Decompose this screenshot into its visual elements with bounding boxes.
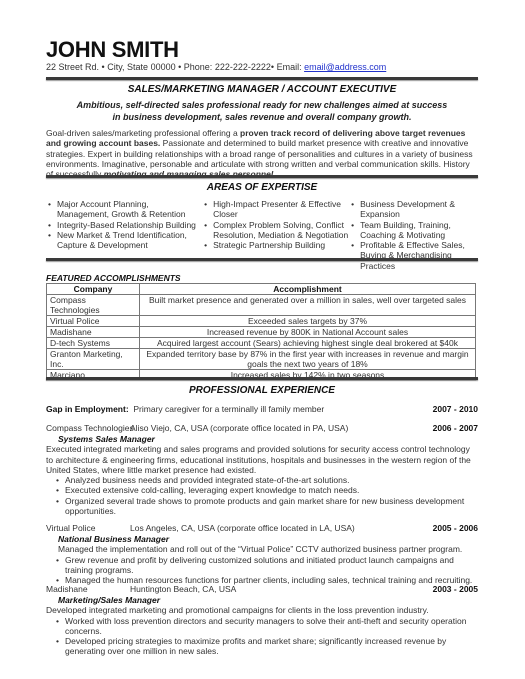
expertise-item: Profitable & Effective Sales, Buying & M…: [360, 240, 478, 271]
separator: •: [178, 62, 181, 72]
job-header: MadishaneHuntington Beach, CA, USA2003 -…: [46, 584, 478, 595]
column-header-company: Company: [47, 284, 140, 295]
separator: •: [271, 62, 274, 72]
job-company: Virtual Police: [46, 523, 95, 533]
job-role: Marketing/Sales Manager: [46, 595, 478, 605]
job-bullet: Analyzed business needs and provided int…: [65, 475, 478, 485]
divider: [46, 377, 478, 380]
city-state: City, State 00000: [107, 62, 175, 72]
job-title: SALES/MARKETING MANAGER / ACCOUNT EXECUT…: [46, 84, 478, 95]
gap-text: Primary caregiver for a terminally ill f…: [133, 404, 324, 414]
email-label: Email:: [277, 62, 302, 72]
job-bullets: Worked with loss prevention directors an…: [46, 616, 478, 657]
job-company: Compass Technologies: [46, 423, 134, 433]
table-row: Virtual PoliceExceeded sales targets by …: [47, 316, 476, 327]
cell-accomplishment: Acquired largest account (Sears) achievi…: [140, 338, 476, 349]
job-role: National Business Manager: [46, 534, 478, 544]
job-location: Aliso Viejo, CA, USA (corporate office l…: [130, 423, 348, 433]
phone-number: 222-222-2222: [215, 62, 271, 72]
gap-label: Gap in Employment:: [46, 404, 129, 414]
divider: [46, 77, 478, 80]
expertise-item: Integrity-Based Relationship Building: [57, 220, 202, 230]
cell-company: Virtual Police: [47, 316, 140, 327]
email-link[interactable]: email@address.com: [304, 62, 386, 72]
cell-accomplishment: Expanded territory base by 87% in the fi…: [140, 349, 476, 370]
job-bullet: Grew revenue and profit by delivering cu…: [65, 555, 478, 576]
cell-company: Granton Marketing, Inc.: [47, 349, 140, 370]
separator: •: [102, 62, 105, 72]
expertise-item: Team Building, Training, Coaching & Moti…: [360, 220, 478, 241]
table-row: Compass TechnologiesBuilt market presenc…: [47, 295, 476, 316]
job-description: Managed the implementation and roll out …: [46, 544, 478, 554]
expertise-item: Strategic Partnership Building: [213, 240, 349, 250]
cell-accomplishment: Built market presence and generated over…: [140, 295, 476, 316]
summary-text: Goal-driven sales/marketing professional…: [46, 128, 240, 138]
job-description: Developed integrated marketing and promo…: [46, 605, 478, 615]
job-header: Virtual PoliceLos Angeles, CA, USA (corp…: [46, 523, 478, 534]
job-header: Compass TechnologiesAliso Viejo, CA, USA…: [46, 423, 478, 434]
section-heading-experience: PROFESSIONAL EXPERIENCE: [46, 385, 478, 396]
table-row: Granton Marketing, Inc.Expanded territor…: [47, 349, 476, 370]
address: 22 Street Rd.: [46, 62, 99, 72]
expertise-item: Complex Problem Solving, Conflict Resolu…: [213, 220, 349, 241]
job-role: Systems Sales Manager: [46, 434, 478, 444]
job-location: Huntington Beach, CA, USA: [130, 584, 236, 594]
phone-label: Phone:: [184, 62, 213, 72]
job-dates: 2003 - 2005: [433, 584, 478, 594]
job-description: Executed integrated marketing and sales …: [46, 444, 478, 475]
column-header-accomplishment: Accomplishment: [140, 284, 476, 295]
accomplishments-table: Company Accomplishment Compass Technolog…: [46, 283, 476, 381]
job-bullet: Executed extensive cold-calling, leverag…: [65, 485, 478, 495]
job-bullets: Grew revenue and profit by delivering cu…: [46, 555, 478, 586]
divider: [46, 258, 478, 261]
table-header-row: Company Accomplishment: [47, 284, 476, 295]
section-heading-accomplishments: FEATURED ACCOMPLISHMENTS: [46, 273, 181, 283]
expertise-item: Business Development & Expansion: [360, 199, 478, 220]
cell-accomplishment: Increased revenue by 800K in National Ac…: [140, 327, 476, 338]
expertise-item: New Market & Trend Identification, Captu…: [57, 230, 202, 251]
job-bullet: Organized several trade shows to promote…: [65, 496, 478, 517]
tagline: Ambitious, self-directed sales professio…: [46, 99, 478, 123]
table-row: D-tech SystemsAcquired largest account (…: [47, 338, 476, 349]
job-bullets: Analyzed business needs and provided int…: [46, 475, 478, 516]
job-bullet: Worked with loss prevention directors an…: [65, 616, 478, 637]
job-dates: 2005 - 2006: [433, 523, 478, 533]
summary-paragraph: Goal-driven sales/marketing professional…: [46, 128, 478, 179]
expertise-item: High-Impact Presenter & Effective Closer: [213, 199, 349, 220]
cell-accomplishment: Exceeded sales targets by 37%: [140, 316, 476, 327]
contact-line: 22 Street Rd. • City, State 00000 • Phon…: [46, 62, 386, 73]
cell-company: Madishane: [47, 327, 140, 338]
gap-dates: 2007 - 2010: [433, 404, 478, 414]
job-bullet: Developed pricing strategies to maximize…: [65, 636, 478, 657]
section-heading-expertise: AREAS OF EXPERTISE: [46, 182, 478, 193]
job-company: Madishane: [46, 584, 88, 594]
table-row: MadishaneIncreased revenue by 800K in Na…: [47, 327, 476, 338]
job-dates: 2006 - 2007: [433, 423, 478, 433]
job-entry: MadishaneHuntington Beach, CA, USA2003 -…: [46, 584, 478, 657]
cell-company: D-tech Systems: [47, 338, 140, 349]
cell-company: Compass Technologies: [47, 295, 140, 316]
candidate-name: JOHN SMITH: [46, 38, 179, 62]
divider: [46, 175, 478, 178]
employment-gap: Gap in Employment: Primary caregiver for…: [46, 404, 478, 414]
job-entry: Compass TechnologiesAliso Viejo, CA, USA…: [46, 423, 478, 516]
job-location: Los Angeles, CA, USA (corporate office l…: [130, 523, 355, 533]
expertise-item: Major Account Planning, Management, Grow…: [57, 199, 202, 220]
job-entry: Virtual PoliceLos Angeles, CA, USA (corp…: [46, 523, 478, 585]
